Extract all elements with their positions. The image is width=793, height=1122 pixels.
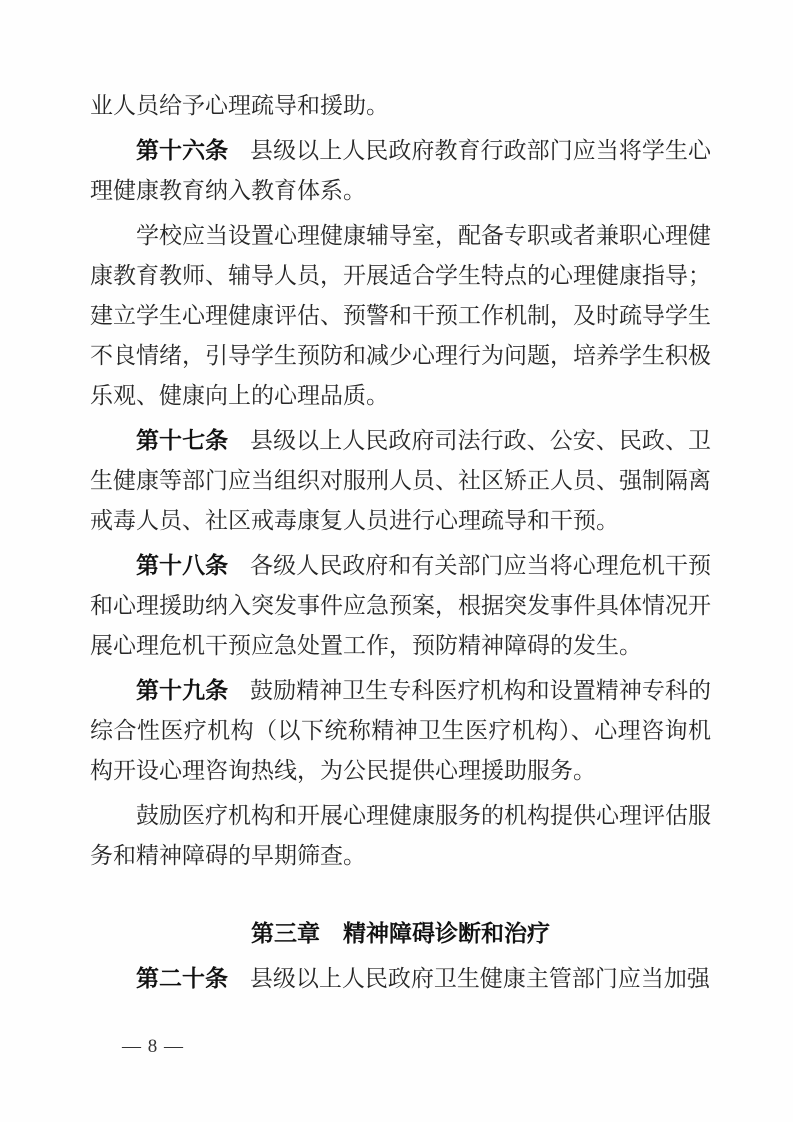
article-16-paragraph: 第十六条县级以上人民政府教育行政部门应当将学生心理健康教育纳入教育体系。: [90, 131, 711, 211]
article-17-paragraph: 第十七条县级以上人民政府司法行政、公安、民政、卫生健康等部门应当组织对服刑人员、…: [90, 421, 711, 541]
document-page: 业人员给予心理疏导和援助。 第十六条县级以上人民政府教育行政部门应当将学生心理健…: [0, 0, 793, 1122]
article-16-number: 第十六条: [136, 138, 250, 163]
article-19-paragraph: 第十九条鼓励精神卫生专科医疗机构和设置精神专科的综合性医疗机构（以下统称精神卫生…: [90, 671, 711, 791]
paragraph-schools: 学校应当设置心理健康辅导室，配备专职或者兼职心理健康教育教师、辅导人员，开展适合…: [90, 216, 711, 416]
article-20-paragraph: 第二十条县级以上人民政府卫生健康主管部门应当加强: [90, 959, 711, 999]
article-18-paragraph: 第十八条各级人民政府和有关部门应当将心理危机干预和心理援助纳入突发事件应急预案，…: [90, 546, 711, 666]
paragraph-continuation: 业人员给予心理疏导和援助。: [90, 86, 711, 126]
article-20-text: 县级以上人民政府卫生健康主管部门应当加强: [250, 966, 710, 991]
article-20-number: 第二十条: [136, 966, 250, 991]
page-number: — 8 —: [122, 1036, 184, 1058]
article-19-number: 第十九条: [136, 678, 250, 703]
document-body: 业人员给予心理疏导和援助。 第十六条县级以上人民政府教育行政部门应当将学生心理健…: [90, 86, 711, 1004]
article-17-number: 第十七条: [136, 428, 250, 453]
paragraph-medical-institutions: 鼓励医疗机构和开展心理健康服务的机构提供心理评估服务和精神障碍的早期筛查。: [90, 796, 711, 876]
chapter-heading: 第三章 精神障碍诊断和治疗: [90, 914, 711, 954]
article-18-number: 第十八条: [136, 553, 250, 578]
